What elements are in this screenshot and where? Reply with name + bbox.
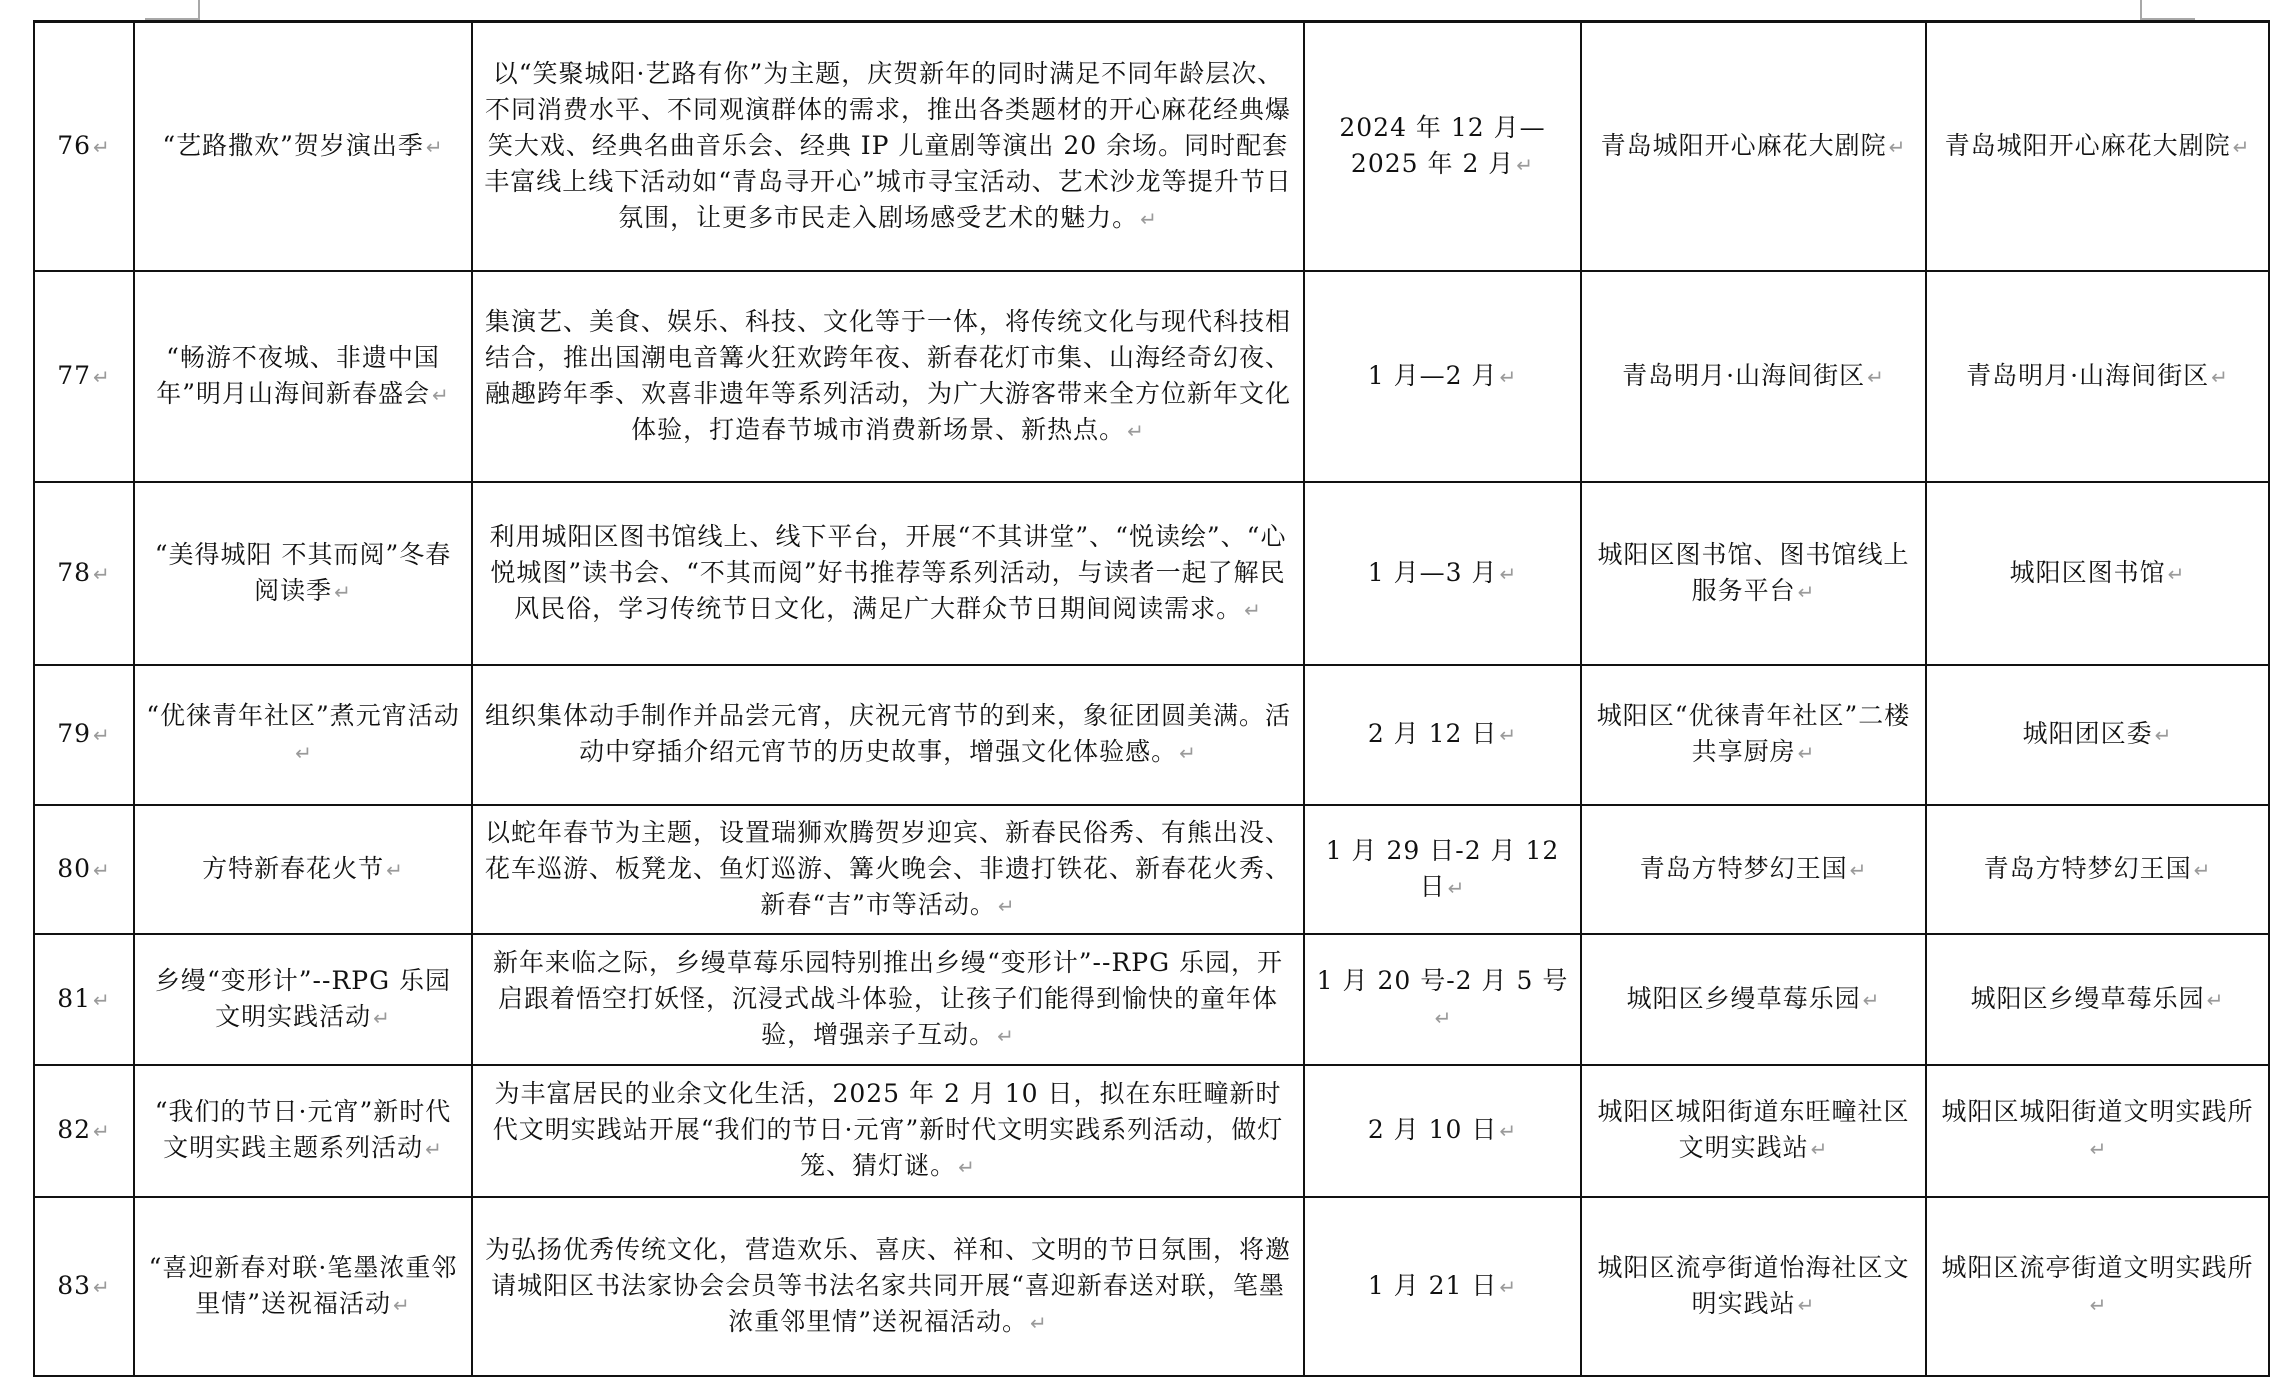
cell-description: 为弘扬优秀传统文化，营造欢乐、喜庆、祥和、文明的节日氛围，将邀请城阳区书法家协会…: [472, 1197, 1304, 1376]
paragraph-mark-icon: ↵: [1140, 207, 1158, 231]
cell-time: 1 月 29 日-2 月 12 日↵: [1304, 805, 1581, 934]
cell-activity-name: “艺路撒欢”贺岁演出季↵: [134, 22, 472, 271]
cell-number: 83↵: [34, 1197, 134, 1376]
paragraph-mark-icon: ↵: [1127, 419, 1145, 443]
cell-location: 城阳区乡缦草莓乐园↵: [1581, 934, 1926, 1065]
paragraph-mark-icon: ↵: [1798, 580, 1816, 604]
cell-organizer: 青岛方特梦幻王国↵: [1926, 805, 2269, 934]
cell-time: 2 月 10 日↵: [1304, 1065, 1581, 1197]
paragraph-mark-icon: ↵: [93, 1119, 111, 1143]
paragraph-mark-icon: ↵: [1811, 1137, 1829, 1161]
cell-description: 以“笑聚城阳·艺路有你”为主题，庆贺新年的同时满足不同年龄层次、不同消费水平、不…: [472, 22, 1304, 271]
cell-location: 城阳区图书馆、图书馆线上服务平台↵: [1581, 482, 1926, 665]
paragraph-mark-icon: ↵: [93, 1275, 111, 1299]
paragraph-mark-icon: ↵: [1499, 365, 1517, 389]
paragraph-mark-icon: ↵: [2194, 858, 2212, 882]
paragraph-mark-icon: ↵: [373, 1006, 391, 1030]
cell-activity-name: “我们的节日·元宵”新时代文明实践主题系列活动↵: [134, 1065, 472, 1197]
cell-location: 城阳区“优徕青年社区”二楼共享厨房↵: [1581, 665, 1926, 805]
cell-activity-name: “优徕青年社区”煮元宵活动↵: [134, 665, 472, 805]
paragraph-mark-icon: ↵: [1798, 1293, 1816, 1317]
cell-description: 新年来临之际，乡缦草莓乐园特别推出乡缦“变形计”--RPG 乐园，开启跟着悟空打…: [472, 934, 1304, 1065]
cell-activity-name: 乡缦“变形计”--RPG 乐园文明实践活动↵: [134, 934, 472, 1065]
paragraph-mark-icon: ↵: [1499, 1119, 1517, 1143]
cell-time: 1 月 21 日↵: [1304, 1197, 1581, 1376]
cell-activity-name: “畅游不夜城、非遗中国年”明月山海间新春盛会↵: [134, 271, 472, 482]
cell-activity-name: 方特新春花火节↵: [134, 805, 472, 934]
table-row: 79↵ “优徕青年社区”煮元宵活动↵ 组织集体动手制作并品尝元宵，庆祝元宵节的到…: [34, 665, 2269, 805]
cell-description: 利用城阳区图书馆线上、线下平台，开展“不其讲堂”、“悦读绘”、“心悦城图”读书会…: [472, 482, 1304, 665]
cell-location: 青岛明月·山海间街区↵: [1581, 271, 1926, 482]
cell-number: 79↵: [34, 665, 134, 805]
paragraph-mark-icon: ↵: [295, 741, 313, 765]
paragraph-mark-icon: ↵: [2168, 562, 2186, 586]
cell-organizer: 城阳区图书馆↵: [1926, 482, 2269, 665]
paragraph-mark-icon: ↵: [386, 858, 404, 882]
cell-time: 2024 年 12 月—2025 年 2 月↵: [1304, 22, 1581, 271]
table-row: 82↵ “我们的节日·元宵”新时代文明实践主题系列活动↵ 为丰富居民的业余文化生…: [34, 1065, 2269, 1197]
paragraph-mark-icon: ↵: [93, 723, 111, 747]
paragraph-mark-icon: ↵: [425, 1137, 443, 1161]
paragraph-mark-icon: ↵: [2233, 135, 2251, 159]
cell-organizer: 城阳区乡缦草莓乐园↵: [1926, 934, 2269, 1065]
cell-activity-name: “喜迎新春对联·笔墨浓重邻里情”送祝福活动↵: [134, 1197, 472, 1376]
paragraph-mark-icon: ↵: [2155, 723, 2173, 747]
cell-number: 78↵: [34, 482, 134, 665]
paragraph-mark-icon: ↵: [1499, 723, 1517, 747]
paragraph-mark-icon: ↵: [1516, 153, 1534, 177]
cell-number: 81↵: [34, 934, 134, 1065]
cell-description: 为丰富居民的业余文化生活，2025 年 2 月 10 日，拟在东旺疃新时代文明实…: [472, 1065, 1304, 1197]
paragraph-mark-icon: ↵: [93, 135, 111, 159]
paragraph-mark-icon: ↵: [1798, 741, 1816, 765]
paragraph-mark-icon: ↵: [998, 894, 1016, 918]
cell-time: 1 月 20 号-2 月 5 号↵: [1304, 934, 1581, 1065]
cell-organizer: 青岛明月·山海间街区↵: [1926, 271, 2269, 482]
paragraph-mark-icon: ↵: [432, 383, 450, 407]
activities-table: 76↵ “艺路撒欢”贺岁演出季↵ 以“笑聚城阳·艺路有你”为主题，庆贺新年的同时…: [33, 20, 2270, 1377]
cell-description: 组织集体动手制作并品尝元宵，庆祝元宵节的到来，象征团圆美满。活动中穿插介绍元宵节…: [472, 665, 1304, 805]
cell-time: 1 月—2 月↵: [1304, 271, 1581, 482]
paragraph-mark-icon: ↵: [1867, 365, 1885, 389]
table-row: 80↵ 方特新春花火节↵ 以蛇年春节为主题，设置瑞狮欢腾贺岁迎宾、新春民俗秀、有…: [34, 805, 2269, 934]
cell-organizer: 青岛城阳开心麻花大剧院↵: [1926, 22, 2269, 271]
cell-number: 82↵: [34, 1065, 134, 1197]
paragraph-mark-icon: ↵: [1179, 741, 1197, 765]
cell-organizer: 城阳区城阳街道文明实践所↵: [1926, 1065, 2269, 1197]
paragraph-mark-icon: ↵: [1850, 858, 1868, 882]
paragraph-mark-icon: ↵: [393, 1293, 411, 1317]
paragraph-mark-icon: ↵: [334, 580, 352, 604]
paragraph-mark-icon: ↵: [1030, 1311, 1048, 1335]
cell-number: 77↵: [34, 271, 134, 482]
cell-location: 青岛方特梦幻王国↵: [1581, 805, 1926, 934]
table-row: 83↵ “喜迎新春对联·笔墨浓重邻里情”送祝福活动↵ 为弘扬优秀传统文化，营造欢…: [34, 1197, 2269, 1376]
paragraph-mark-icon: ↵: [1244, 598, 1262, 622]
paragraph-mark-icon: ↵: [2090, 1137, 2108, 1161]
cell-location: 城阳区流亭街道怡海社区文明实践站↵: [1581, 1197, 1926, 1376]
cell-description: 集演艺、美食、娱乐、科技、文化等于一体，将传统文化与现代科技相结合，推出国潮电音…: [472, 271, 1304, 482]
paragraph-mark-icon: ↵: [1435, 1006, 1453, 1030]
paragraph-mark-icon: ↵: [958, 1155, 976, 1179]
paragraph-mark-icon: ↵: [426, 135, 444, 159]
paragraph-mark-icon: ↵: [997, 1024, 1015, 1048]
paragraph-mark-icon: ↵: [93, 365, 111, 389]
cell-number: 80↵: [34, 805, 134, 934]
table-row: 77↵ “畅游不夜城、非遗中国年”明月山海间新春盛会↵ 集演艺、美食、娱乐、科技…: [34, 271, 2269, 482]
paragraph-mark-icon: ↵: [1499, 1275, 1517, 1299]
paragraph-mark-icon: ↵: [93, 988, 111, 1012]
paragraph-mark-icon: ↵: [93, 562, 111, 586]
paragraph-mark-icon: ↵: [1448, 876, 1466, 900]
cell-location: 青岛城阳开心麻花大剧院↵: [1581, 22, 1926, 271]
paragraph-mark-icon: ↵: [1499, 562, 1517, 586]
cell-time: 1 月—3 月↵: [1304, 482, 1581, 665]
table-row: 78↵ “美得城阳 不其而阅”冬春阅读季↵ 利用城阳区图书馆线上、线下平台，开展…: [34, 482, 2269, 665]
paragraph-mark-icon: ↵: [2211, 365, 2229, 389]
paragraph-mark-icon: ↵: [2090, 1293, 2108, 1317]
crop-mark-top-right: [2140, 0, 2195, 20]
paragraph-mark-icon: ↵: [1889, 135, 1907, 159]
paragraph-mark-icon: ↵: [93, 858, 111, 882]
cell-number: 76↵: [34, 22, 134, 271]
cell-description: 以蛇年春节为主题，设置瑞狮欢腾贺岁迎宾、新春民俗秀、有熊出没、花车巡游、板凳龙、…: [472, 805, 1304, 934]
table-row: 81↵ 乡缦“变形计”--RPG 乐园文明实践活动↵ 新年来临之际，乡缦草莓乐园…: [34, 934, 2269, 1065]
cell-organizer: 城阳团区委↵: [1926, 665, 2269, 805]
activities-table-body: 76↵ “艺路撒欢”贺岁演出季↵ 以“笑聚城阳·艺路有你”为主题，庆贺新年的同时…: [34, 22, 2269, 1376]
cell-location: 城阳区城阳街道东旺疃社区文明实践站↵: [1581, 1065, 1926, 1197]
cell-organizer: 城阳区流亭街道文明实践所↵: [1926, 1197, 2269, 1376]
paragraph-mark-icon: ↵: [2207, 988, 2225, 1012]
crop-mark-top-left: [145, 0, 200, 20]
paragraph-mark-icon: ↵: [1863, 988, 1881, 1012]
cell-activity-name: “美得城阳 不其而阅”冬春阅读季↵: [134, 482, 472, 665]
cell-time: 2 月 12 日↵: [1304, 665, 1581, 805]
table-row: 76↵ “艺路撒欢”贺岁演出季↵ 以“笑聚城阳·艺路有你”为主题，庆贺新年的同时…: [34, 22, 2269, 271]
